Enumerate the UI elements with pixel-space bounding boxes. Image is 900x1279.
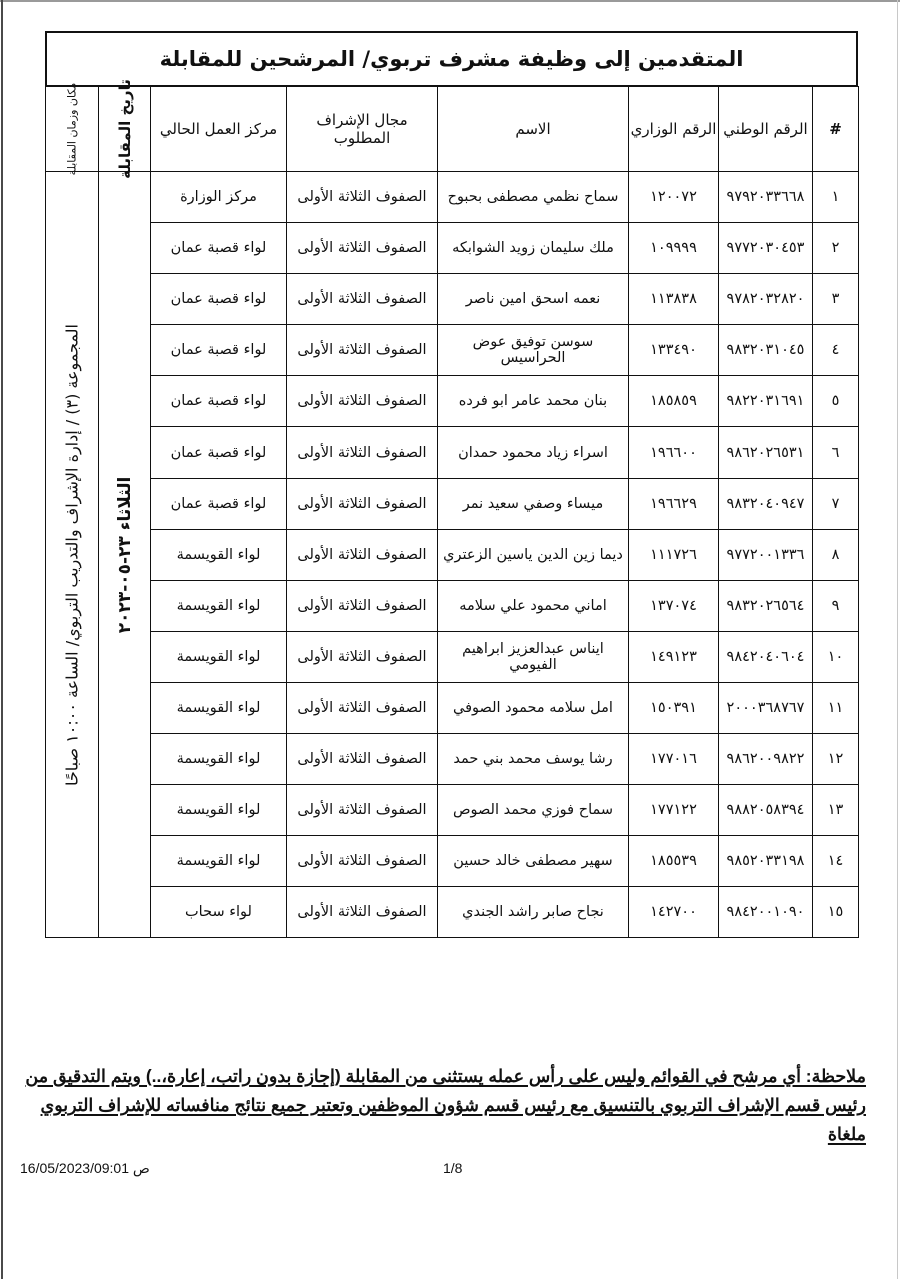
cell-index: ١٤ bbox=[813, 836, 859, 887]
cell-index: ١٣ bbox=[813, 785, 859, 836]
cell-national-id: ٩٨٦٢٠٢٦٥٣١ bbox=[719, 427, 813, 478]
merged-interview-date: الثلاثاء ٢٣-٠٥-٢٠٢٣ bbox=[99, 172, 151, 938]
cell-supervision-field: الصفوف الثلاثة الأولى bbox=[287, 223, 438, 274]
col-header-index: # bbox=[813, 87, 859, 172]
footer-page-number: 1/8 bbox=[443, 1160, 462, 1176]
cell-supervision-field: الصفوف الثلاثة الأولى bbox=[287, 785, 438, 836]
cell-ministry-id: ١١١٧٢٦ bbox=[629, 529, 719, 580]
cell-ministry-id: ١٢٠٠٧٢ bbox=[629, 172, 719, 223]
cell-supervision-field: الصفوف الثلاثة الأولى bbox=[287, 529, 438, 580]
cell-national-id: ٩٨٣٢٠٣١٠٤٥ bbox=[719, 325, 813, 376]
cell-index: ١٥ bbox=[813, 887, 859, 938]
cell-name: نعمه اسحق امين ناصر bbox=[438, 274, 629, 325]
cell-ministry-id: ١٣٣٤٩٠ bbox=[629, 325, 719, 376]
cell-work-center: لواء قصبة عمان bbox=[151, 223, 287, 274]
cell-national-id: ٩٨٤٢٠٠١٠٩٠ bbox=[719, 887, 813, 938]
cell-ministry-id: ١٣٧٠٧٤ bbox=[629, 580, 719, 631]
note-paragraph: ملاحظة: أي مرشح في القوائم وليس على رأس … bbox=[18, 1062, 866, 1149]
cell-supervision-field: الصفوف الثلاثة الأولى bbox=[287, 734, 438, 785]
cell-national-id: ٩٨٢٢٠٣١٦٩١ bbox=[719, 376, 813, 427]
table-row: ٦٩٨٦٢٠٢٦٥٣١١٩٦٦٠٠اسراء زياد محمود حمدانا… bbox=[46, 427, 859, 478]
cell-index: ١ bbox=[813, 172, 859, 223]
interview-date-text: الثلاثاء ٢٣-٠٥-٢٠٢٣ bbox=[115, 476, 135, 633]
cell-national-id: ٩٨٨٢٠٥٨٣٩٤ bbox=[719, 785, 813, 836]
cell-name: اماني محمود علي سلامه bbox=[438, 580, 629, 631]
cell-supervision-field: الصفوف الثلاثة الأولى bbox=[287, 887, 438, 938]
cell-national-id: ٩٧٧٢٠٣٠٤٥٣ bbox=[719, 223, 813, 274]
cell-work-center: لواء قصبة عمان bbox=[151, 325, 287, 376]
cell-ministry-id: ١٨٥٥٣٩ bbox=[629, 836, 719, 887]
cell-national-id: ٩٧٧٢٠٠١٣٣٦ bbox=[719, 529, 813, 580]
col-header-name: الاسم bbox=[438, 87, 629, 172]
cell-national-id: ٩٨٦٢٠٠٩٨٢٢ bbox=[719, 734, 813, 785]
interview-place-time-text: المجموعة (٣) / إدارة الإشراف والتدريب ال… bbox=[63, 324, 82, 786]
cell-name: سوسن توفيق عوض الحراسيس bbox=[438, 325, 629, 376]
cell-national-id: ٩٧٩٢٠٣٣٦٦٨ bbox=[719, 172, 813, 223]
cell-index: ١٢ bbox=[813, 734, 859, 785]
cell-index: ١١ bbox=[813, 682, 859, 733]
cell-supervision-field: الصفوف الثلاثة الأولى bbox=[287, 427, 438, 478]
cell-national-id: ٩٧٨٢٠٣٢٨٢٠ bbox=[719, 274, 813, 325]
cell-work-center: لواء القويسمة bbox=[151, 734, 287, 785]
cell-name: ديما زين الدين ياسين الزعتري bbox=[438, 529, 629, 580]
cell-national-id: ٩٨٥٢٠٣٣١٩٨ bbox=[719, 836, 813, 887]
cell-name: سهير مصطفى خالد حسين bbox=[438, 836, 629, 887]
cell-index: ٢ bbox=[813, 223, 859, 274]
cell-ministry-id: ١٠٩٩٩٩ bbox=[629, 223, 719, 274]
cell-national-id: ٩٨٣٢٠٤٠٩٤٧ bbox=[719, 478, 813, 529]
cell-work-center: لواء القويسمة bbox=[151, 785, 287, 836]
cell-ministry-id: ١١٣٨٣٨ bbox=[629, 274, 719, 325]
table-row: ١٤٩٨٥٢٠٣٣١٩٨١٨٥٥٣٩سهير مصطفى خالد حسينال… bbox=[46, 836, 859, 887]
cell-ministry-id: ١٥٠٣٩١ bbox=[629, 682, 719, 733]
table-row: ٢٩٧٧٢٠٣٠٤٥٣١٠٩٩٩٩ملك سليمان زويد الشوابك… bbox=[46, 223, 859, 274]
cell-supervision-field: الصفوف الثلاثة الأولى bbox=[287, 631, 438, 682]
cell-work-center: لواء سحاب bbox=[151, 887, 287, 938]
cell-name: رشا يوسف محمد بني حمد bbox=[438, 734, 629, 785]
table-row: ٤٩٨٣٢٠٣١٠٤٥١٣٣٤٩٠سوسن توفيق عوض الحراسيس… bbox=[46, 325, 859, 376]
table-row: ١٩٧٩٢٠٣٣٦٦٨١٢٠٠٧٢سماح نظمي مصطفى بحبوحال… bbox=[46, 172, 859, 223]
cell-index: ١٠ bbox=[813, 631, 859, 682]
col-header-work-center: مركز العمل الحالي bbox=[151, 87, 287, 172]
col-header-interview-place-time: مكان وزمان المقابلة bbox=[46, 87, 99, 172]
cell-work-center: لواء القويسمة bbox=[151, 529, 287, 580]
cell-name: سماح نظمي مصطفى بحبوح bbox=[438, 172, 629, 223]
cell-name: ميساء وصفي سعيد نمر bbox=[438, 478, 629, 529]
footer-timestamp: 16/05/2023/09:01 ص bbox=[20, 1160, 150, 1177]
cell-index: ٩ bbox=[813, 580, 859, 631]
cell-ministry-id: ١٨٥٨٥٩ bbox=[629, 376, 719, 427]
col-header-interview-date-label: تاريخ المقابلة bbox=[116, 79, 134, 179]
cell-supervision-field: الصفوف الثلاثة الأولى bbox=[287, 172, 438, 223]
cell-name: بنان محمد عامر ابو فرده bbox=[438, 376, 629, 427]
candidates-table: # الرقم الوطني الرقم الوزاري الاسم مجال … bbox=[45, 86, 859, 938]
cell-name: ايناس عبدالعزيز ابراهيم الفيومي bbox=[438, 631, 629, 682]
table-row: ٣٩٧٨٢٠٣٢٨٢٠١١٣٨٣٨نعمه اسحق امين ناصرالصف… bbox=[46, 274, 859, 325]
cell-index: ٦ bbox=[813, 427, 859, 478]
cell-ministry-id: ١٧٧١٢٢ bbox=[629, 785, 719, 836]
cell-work-center: لواء قصبة عمان bbox=[151, 427, 287, 478]
table-row: ١٢٩٨٦٢٠٠٩٨٢٢١٧٧٠١٦رشا يوسف محمد بني حمدا… bbox=[46, 734, 859, 785]
document-title: المتقدمين إلى وظيفة مشرف تربوي/ المرشحين… bbox=[45, 31, 858, 87]
col-header-supervision-field: مجال الإشراف المطلوب bbox=[287, 87, 438, 172]
cell-index: ٧ bbox=[813, 478, 859, 529]
table-row: ٧٩٨٣٢٠٤٠٩٤٧١٩٦٦٢٩ميساء وصفي سعيد نمرالصف… bbox=[46, 478, 859, 529]
cell-national-id: ٢٠٠٠٣٦٨٧٦٧ bbox=[719, 682, 813, 733]
cell-supervision-field: الصفوف الثلاثة الأولى bbox=[287, 325, 438, 376]
cell-ministry-id: ١٩٦٦٠٠ bbox=[629, 427, 719, 478]
col-header-interview-date: تاريخ المقابلة bbox=[99, 87, 151, 172]
cell-supervision-field: الصفوف الثلاثة الأولى bbox=[287, 478, 438, 529]
cell-supervision-field: الصفوف الثلاثة الأولى bbox=[287, 376, 438, 427]
cell-work-center: لواء القويسمة bbox=[151, 631, 287, 682]
col-header-interview-place-time-label: مكان وزمان المقابلة bbox=[66, 83, 79, 176]
table-row: ٩٩٨٣٢٠٢٦٥٦٤١٣٧٠٧٤اماني محمود علي سلامهال… bbox=[46, 580, 859, 631]
cell-national-id: ٩٨٣٢٠٢٦٥٦٤ bbox=[719, 580, 813, 631]
cell-name: نجاح صابر راشد الجندي bbox=[438, 887, 629, 938]
table-row: ١٠٩٨٤٢٠٤٠٦٠٤١٤٩١٢٣ايناس عبدالعزيز ابراهي… bbox=[46, 631, 859, 682]
cell-national-id: ٩٨٤٢٠٤٠٦٠٤ bbox=[719, 631, 813, 682]
cell-name: سماح فوزي محمد الصوص bbox=[438, 785, 629, 836]
cell-index: ٥ bbox=[813, 376, 859, 427]
table-row: ١٣٩٨٨٢٠٥٨٣٩٤١٧٧١٢٢سماح فوزي محمد الصوصال… bbox=[46, 785, 859, 836]
cell-work-center: لواء قصبة عمان bbox=[151, 274, 287, 325]
cell-supervision-field: الصفوف الثلاثة الأولى bbox=[287, 274, 438, 325]
cell-name: امل سلامه محمود الصوفي bbox=[438, 682, 629, 733]
page-edge-right bbox=[897, 0, 898, 1279]
cell-supervision-field: الصفوف الثلاثة الأولى bbox=[287, 580, 438, 631]
col-header-national-id: الرقم الوطني bbox=[719, 87, 813, 172]
cell-name: ملك سليمان زويد الشوابكه bbox=[438, 223, 629, 274]
cell-name: اسراء زياد محمود حمدان bbox=[438, 427, 629, 478]
cell-ministry-id: ١٧٧٠١٦ bbox=[629, 734, 719, 785]
merged-interview-place-time: المجموعة (٣) / إدارة الإشراف والتدريب ال… bbox=[46, 172, 99, 938]
cell-work-center: لواء قصبة عمان bbox=[151, 478, 287, 529]
table-row: ٨٩٧٧٢٠٠١٣٣٦١١١٧٢٦ديما زين الدين ياسين ال… bbox=[46, 529, 859, 580]
cell-ministry-id: ١٤٢٧٠٠ bbox=[629, 887, 719, 938]
cell-supervision-field: الصفوف الثلاثة الأولى bbox=[287, 836, 438, 887]
page-edge-left bbox=[1, 0, 3, 1279]
col-header-ministry-id: الرقم الوزاري bbox=[629, 87, 719, 172]
cell-index: ٣ bbox=[813, 274, 859, 325]
cell-work-center: لواء القويسمة bbox=[151, 682, 287, 733]
cell-ministry-id: ١٩٦٦٢٩ bbox=[629, 478, 719, 529]
cell-work-center: لواء القويسمة bbox=[151, 580, 287, 631]
cell-supervision-field: الصفوف الثلاثة الأولى bbox=[287, 682, 438, 733]
cell-work-center: لواء القويسمة bbox=[151, 836, 287, 887]
header-row: # الرقم الوطني الرقم الوزاري الاسم مجال … bbox=[46, 87, 859, 172]
cell-ministry-id: ١٤٩١٢٣ bbox=[629, 631, 719, 682]
table-row: ١١٢٠٠٠٣٦٨٧٦٧١٥٠٣٩١امل سلامه محمود الصوفي… bbox=[46, 682, 859, 733]
cell-work-center: لواء قصبة عمان bbox=[151, 376, 287, 427]
table-row: ٥٩٨٢٢٠٣١٦٩١١٨٥٨٥٩بنان محمد عامر ابو فرده… bbox=[46, 376, 859, 427]
table-row: ١٥٩٨٤٢٠٠١٠٩٠١٤٢٧٠٠نجاح صابر راشد الجنديا… bbox=[46, 887, 859, 938]
cell-index: ٨ bbox=[813, 529, 859, 580]
cell-index: ٤ bbox=[813, 325, 859, 376]
cell-work-center: مركز الوزارة bbox=[151, 172, 287, 223]
page-edge-top bbox=[0, 0, 900, 2]
